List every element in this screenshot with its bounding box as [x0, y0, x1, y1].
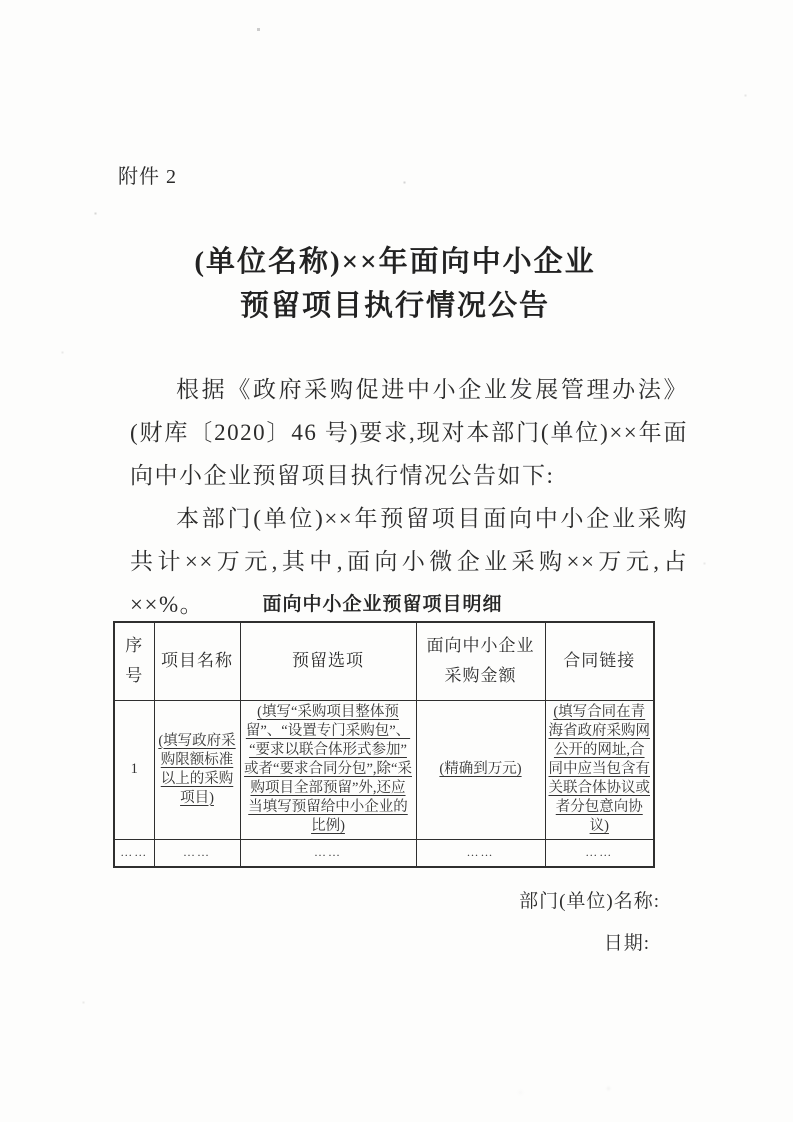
document-title-line-1: (单位名称)××年面向中小企业 [70, 240, 720, 284]
scanned-document-page: 附件 2 (单位名称)××年面向中小企业 预留项目执行情况公告 根据《政府采购促… [0, 0, 793, 1122]
date-label: 日期: [0, 928, 650, 955]
document-title-line-2: 预留项目执行情况公告 [70, 284, 720, 328]
scan-noise [0, 0, 1, 1]
col-header-sme-amount: 面向中小企业采购金额 [416, 622, 545, 700]
table-header-row: 序号 项目名称 预留选项 面向中小企业采购金额 合同链接 [114, 622, 654, 700]
paragraph-legal-basis: 根据《政府采购促进中小企业发展管理办法》(财库〔2020〕46 号)要求,现对本… [130, 368, 688, 497]
attachment-label: 附件 2 [118, 160, 177, 189]
reserved-projects-table: 序号 项目名称 预留选项 面向中小企业采购金额 合同链接 1 (填写政府采购限额… [113, 621, 655, 868]
cell-project-name-ellipsis: …… [154, 839, 240, 867]
table-row: 1 (填写政府采购限额标准以上的采购项目) (填写“采购项目整体预留”、“设置专… [114, 700, 654, 839]
col-header-project-name: 项目名称 [154, 622, 240, 700]
cell-reserve-option-ellipsis: …… [240, 839, 416, 867]
cell-seq-ellipsis: …… [114, 839, 154, 867]
cell-sme-amount-ellipsis: …… [416, 839, 545, 867]
table-caption: 面向中小企业预留项目明细 [113, 589, 652, 616]
cell-contract-link: (填写合同在青海省政府采购网公开的网址,合同中应当包含有关联合体协议或者分包意向… [545, 700, 654, 839]
department-name-label: 部门(单位)名称: [0, 886, 660, 913]
cell-seq: 1 [114, 700, 154, 839]
col-header-seq: 序号 [114, 622, 154, 700]
col-header-contract-link: 合同链接 [545, 622, 654, 700]
document-title: (单位名称)××年面向中小企业 预留项目执行情况公告 [70, 240, 720, 328]
cell-contract-link-ellipsis: …… [545, 839, 654, 867]
cell-sme-amount: (精确到万元) [416, 700, 545, 839]
table-row-ellipsis: …… …… …… …… …… [114, 839, 654, 867]
document-body: 根据《政府采购促进中小企业发展管理办法》(财库〔2020〕46 号)要求,现对本… [130, 368, 688, 626]
cell-reserve-option: (填写“采购项目整体预留”、“设置专门采购包”、“要求以联合体形式参加”或者“要… [240, 700, 416, 839]
cell-project-name: (填写政府采购限额标准以上的采购项目) [154, 700, 240, 839]
col-header-reserve-option: 预留选项 [240, 622, 416, 700]
